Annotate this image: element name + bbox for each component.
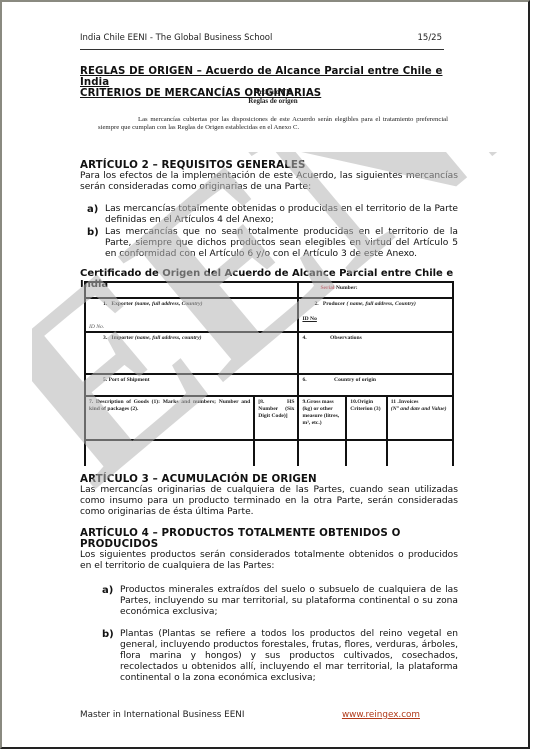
- article-quote: Artículo VII Reglas de origen Las mercan…: [98, 116, 448, 132]
- article-2: ARTÍCULO 2 – REQUISITOS GENERALES Para l…: [80, 160, 458, 260]
- page-header: India Chile EENI - The Global Business S…: [80, 33, 442, 43]
- article-3-body: Las mercancías originarias de cualquiera…: [80, 485, 458, 518]
- list-item: a)Productos minerales extraídos del suel…: [120, 585, 458, 618]
- article-4-list: a)Productos minerales extraídos del suel…: [120, 585, 458, 684]
- mass-entry-cell: [298, 440, 346, 466]
- article-2-intro: Para los efectos de la implementación de…: [80, 171, 458, 193]
- invoices-header: 11 .Invoices (N° and date and Value): [387, 396, 453, 440]
- criterion-entry-cell: [346, 440, 386, 466]
- footer-link[interactable]: www.reingex.com: [342, 710, 420, 720]
- title-line-1: REGLAS DE ORIGEN – Acuerdo de Alcance Pa…: [80, 66, 460, 88]
- header-title: India Chile EENI - The Global Business S…: [80, 33, 272, 43]
- country-of-origin-cell: 6. Country of origin: [298, 374, 453, 396]
- article-2-list: a)Las mercancías totalmente obtenidas o …: [105, 204, 458, 260]
- article-3-heading: ARTÍCULO 3 – ACUMULACIÓN DE ORIGEN: [80, 474, 458, 485]
- header-rule: [80, 49, 444, 50]
- exporter-cell: 1. Exporter (name, full address, Country…: [85, 298, 298, 332]
- invoice-entry-cell: [387, 440, 453, 466]
- article-4-heading: ARTÍCULO 4 – PRODUCTOS TOTALMENTE OBTENI…: [80, 528, 458, 550]
- goods-description-header: 7. Description of Goods (1): Marks and n…: [85, 396, 254, 440]
- blank-cell: [85, 282, 298, 298]
- article-4-intro: Los siguientes productos serán considera…: [80, 550, 458, 572]
- goods-entry-cell: [85, 440, 254, 466]
- quote-body: Las mercancías cubiertas por las disposi…: [98, 116, 448, 132]
- article-3: ARTÍCULO 3 – ACUMULACIÓN DE ORIGEN Las m…: [80, 474, 458, 518]
- producer-cell: 2. Producer ( name, full address, Countr…: [298, 298, 453, 332]
- page-footer: Master in International Business EENI ww…: [80, 710, 420, 720]
- certificate-of-origin-form: Serial Number: 1. Exporter (name, full a…: [84, 281, 454, 466]
- footer-text: Master in International Business EENI: [80, 710, 244, 720]
- port-of-shipment-cell: 5. Port of Shipment: [85, 374, 298, 396]
- serial-number-cell: Serial Number:: [298, 282, 453, 298]
- document-page: India Chile EENI - The Global Business S…: [0, 0, 530, 749]
- page-number: 15/25: [418, 33, 443, 43]
- origin-criterion-header: 10.Origin Criterion (3): [346, 396, 386, 440]
- importer-cell: 3. Importer (name, full address, country…: [85, 332, 298, 374]
- article-2-heading: ARTÍCULO 2 – REQUISITOS GENERALES: [80, 160, 458, 171]
- article-4: ARTÍCULO 4 – PRODUCTOS TOTALMENTE OBTENI…: [80, 528, 458, 684]
- list-item: b)Las mercancías que no sean totalmente …: [105, 227, 458, 260]
- observations-cell: 4. Observations: [298, 332, 453, 374]
- list-item: a)Las mercancías totalmente obtenidas o …: [105, 204, 458, 226]
- quote-heading: Artículo VII Reglas de origen: [98, 88, 448, 105]
- gross-mass-header: 9.Gross mass (kg) or other measure (litr…: [298, 396, 346, 440]
- hs-number-header: [8. HS Number (Six Digit Code)]: [254, 396, 298, 440]
- list-item: b)Plantas (Plantas se refiere a todos lo…: [120, 629, 458, 684]
- hs-entry-cell: [254, 440, 298, 466]
